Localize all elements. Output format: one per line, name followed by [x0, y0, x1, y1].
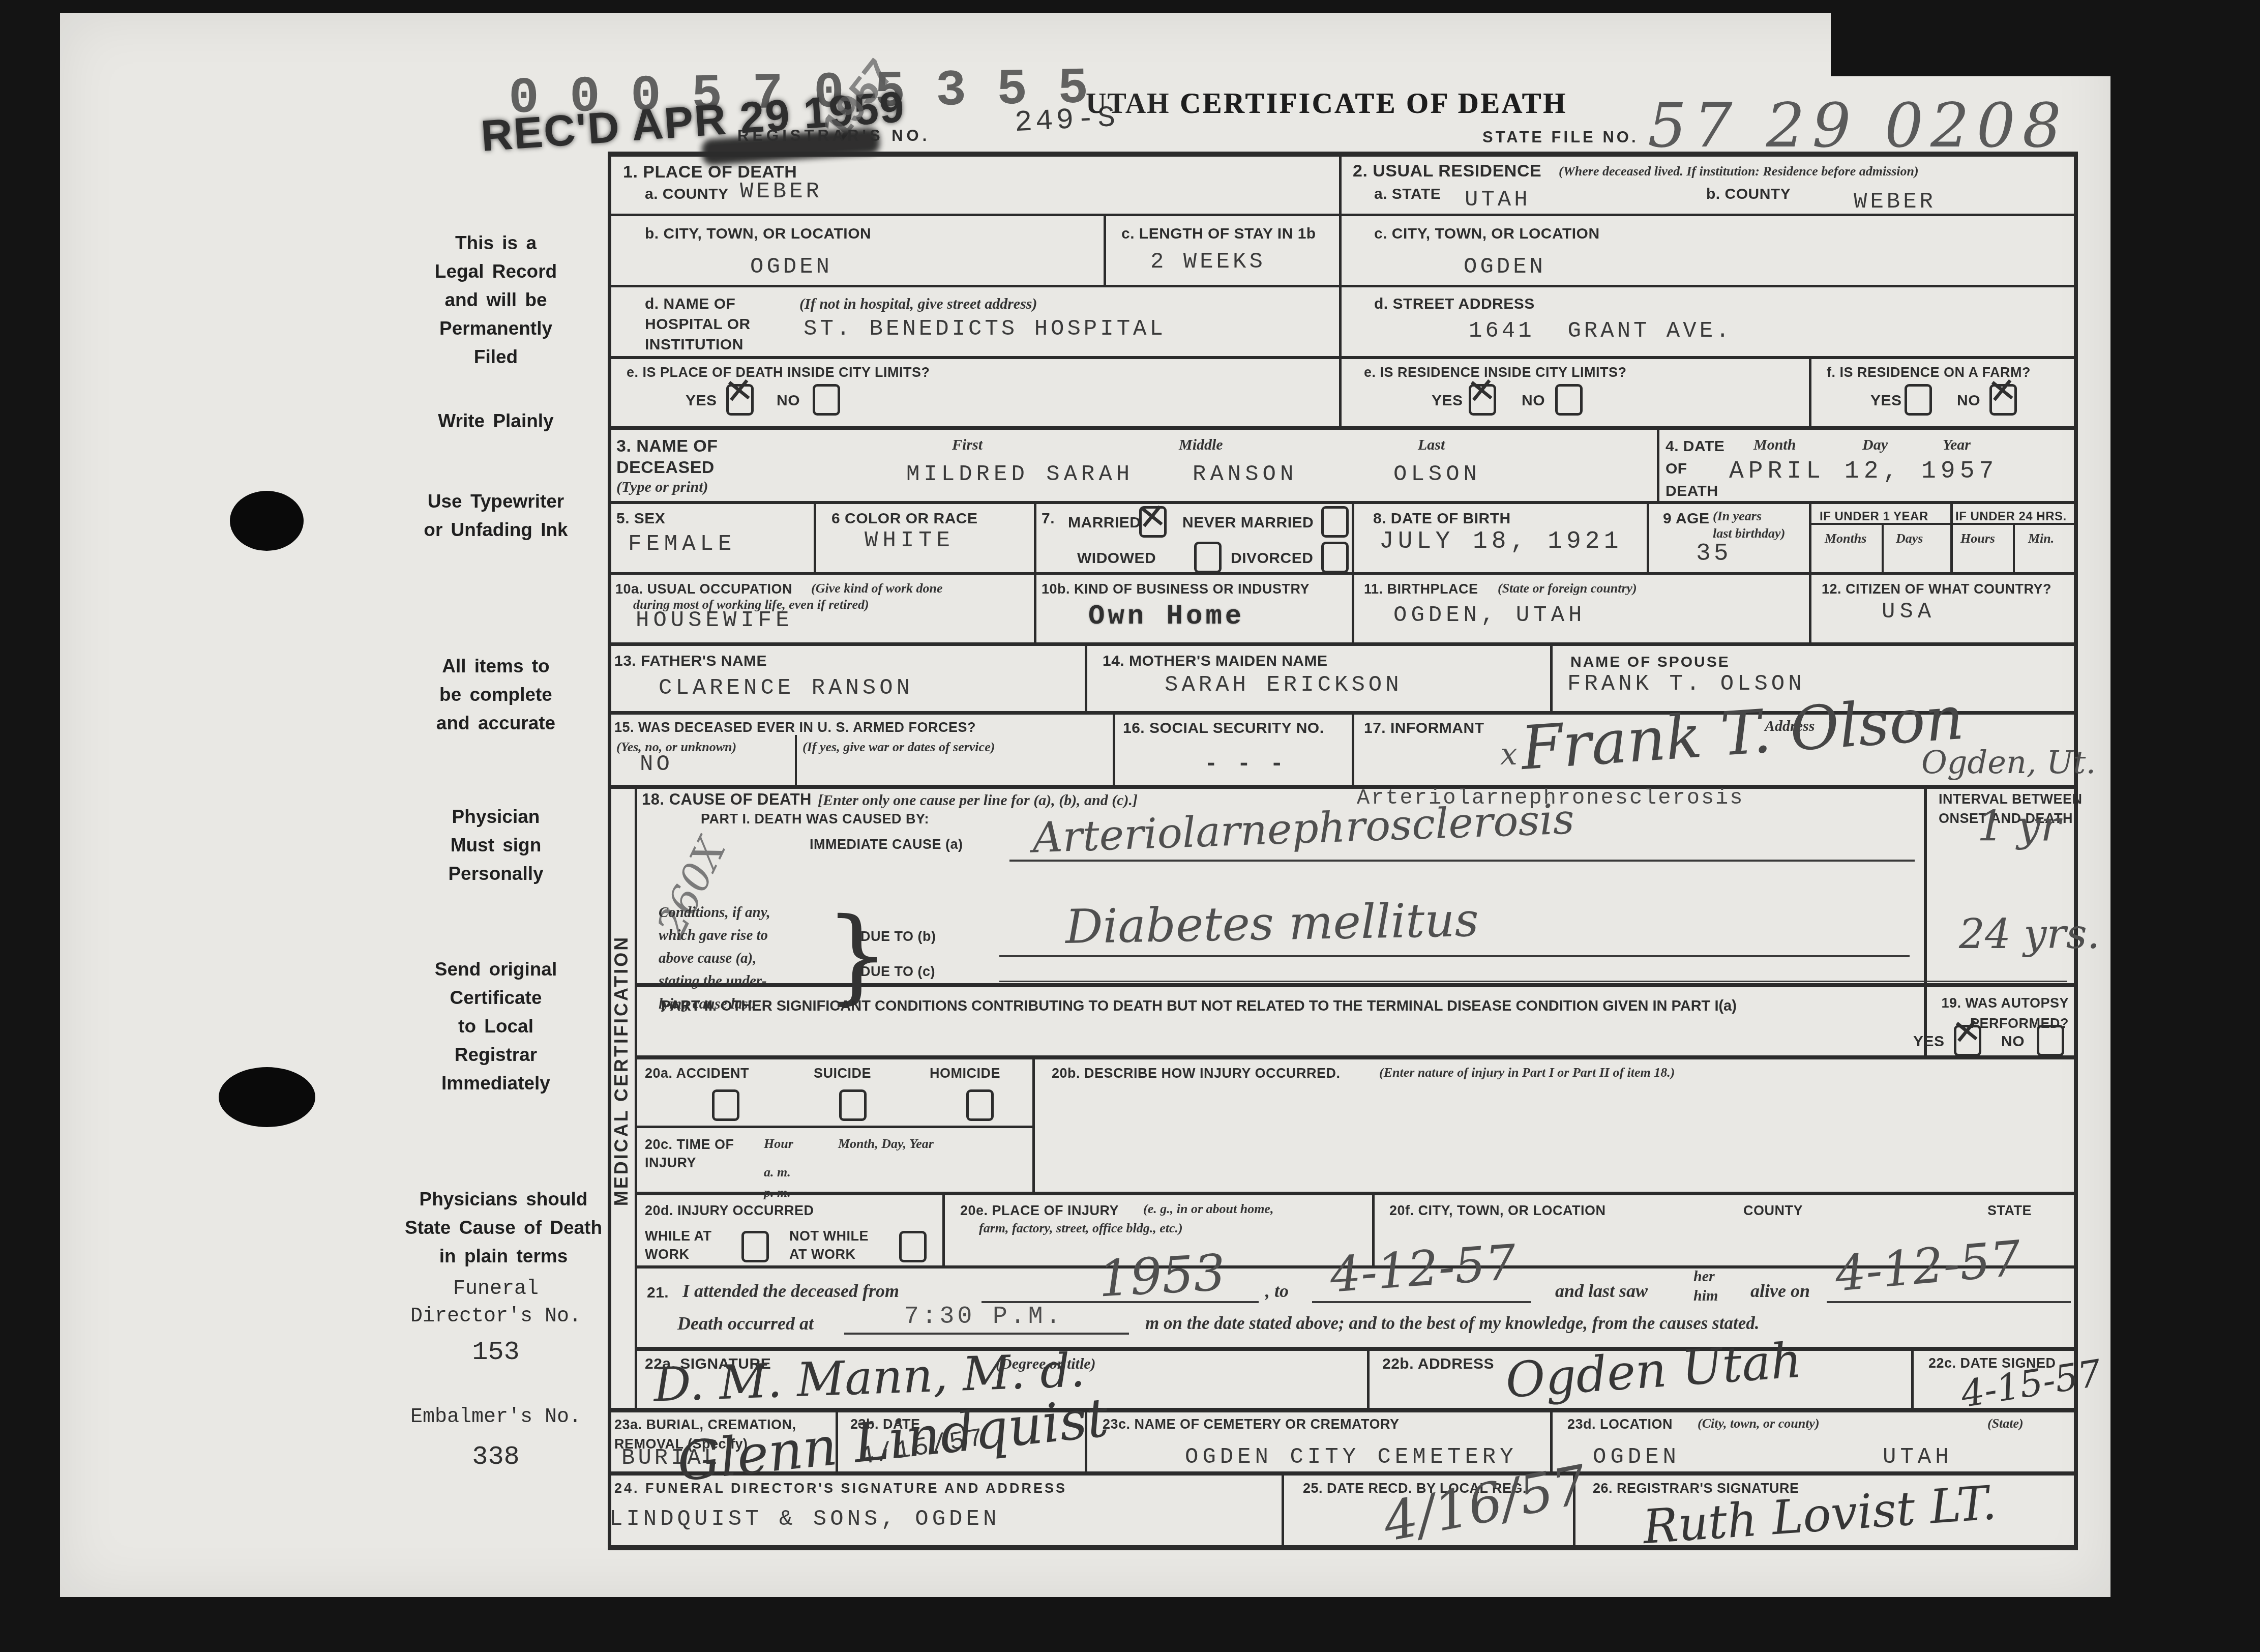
month-heading: Month	[1753, 435, 1796, 455]
checkbox-while-at-work[interactable]	[741, 1231, 769, 1262]
embalmers-no-value: 338	[376, 1443, 615, 1471]
checkbox-never-married[interactable]	[1321, 506, 1349, 538]
hour-heading: Hour	[764, 1135, 793, 1153]
never-married-label: NEVER MARRIED	[1182, 513, 1314, 533]
not-while-at-work-label: NOT WHILE AT WORK	[789, 1227, 869, 1263]
grid-line	[608, 642, 2077, 646]
field-20a-label: 20a. ACCIDENT	[645, 1064, 749, 1082]
first-name-heading: First	[952, 435, 983, 455]
attended-from-value: 1953	[1097, 1244, 1227, 1309]
field-6-label: 6 COLOR OR RACE	[831, 509, 978, 529]
county-heading: COUNTY	[1743, 1201, 1803, 1220]
field-23c-label: 23c. NAME OF CEMETERY OR CREMATORY	[1103, 1415, 1400, 1433]
spouse-label: NAME OF SPOUSE	[1570, 652, 1730, 672]
grid-line	[1809, 501, 1811, 575]
checkbox-not-while-at-work[interactable]	[899, 1231, 927, 1262]
married-label: MARRIED	[1068, 513, 1141, 533]
homicide-label: HOMICIDE	[930, 1064, 1000, 1082]
scan-corner-shadow	[1831, 0, 2260, 76]
field-1a-value: WEBER	[740, 179, 822, 204]
if-under-1-year-label: IF UNDER 1 YEAR	[1820, 507, 1928, 527]
field-10b-label: 10b. KIND OF BUSINESS OR INDUSTRY	[1042, 580, 1310, 598]
grid-line	[1550, 642, 1553, 714]
margin-note-legal-record: This is a Legal Record and will be Perma…	[376, 229, 615, 371]
grid-line	[636, 1126, 1035, 1128]
field-23c-value: OGDEN CITY CEMETERY	[1185, 1444, 1518, 1470]
field-4-value: APRIL 12, 1957	[1729, 458, 1998, 485]
field-2d-value: 1641 GRANT AVE.	[1469, 318, 1732, 344]
year-heading: Year	[1943, 435, 1971, 455]
to-text: , to	[1265, 1281, 1289, 1301]
grid-line	[2074, 152, 2078, 1550]
field-1c-value: 2 WEEKS	[1150, 249, 1266, 275]
field-12-label: 12. CITIZEN OF WHAT COUNTRY?	[1822, 580, 2051, 598]
state-heading: STATE	[1987, 1201, 2032, 1220]
divorced-label: DIVORCED	[1231, 548, 1313, 569]
field-4-label: 4. DATE OF DEATH	[1666, 435, 1724, 503]
field-13-value: CLARENCE RANSON	[659, 675, 913, 701]
field-20f-label: 20f. CITY, TOWN, OR LOCATION	[1389, 1201, 1606, 1220]
due-to-b-label: DUE TO (b)	[860, 927, 936, 946]
cause-c-line	[999, 981, 2067, 982]
grid-line	[1950, 501, 1953, 575]
field-18-bracket-note: [Enter only one cause per line for (a), …	[818, 790, 1138, 811]
grid-line	[1352, 572, 1354, 645]
field-9-note: (In years last birthday)	[1713, 508, 1785, 542]
month-day-year-heading: Month, Day, Year	[838, 1135, 934, 1153]
checkbox-2f-no[interactable]: ✕	[1989, 384, 2017, 416]
field-11-note: (State or foreign country)	[1498, 580, 1637, 597]
field-2c-label: c. CITY, TOWN, OR LOCATION	[1374, 224, 1600, 244]
field-9-label: 9 AGE	[1663, 509, 1709, 529]
grid-line	[1034, 501, 1036, 575]
field-10a-label: 10a. USUAL OCCUPATION	[615, 580, 792, 598]
field-20c-label: 20c. TIME OF INJURY	[645, 1135, 734, 1172]
embalmers-no-label: Embalmer's No.	[376, 1404, 615, 1431]
checkbox-homicide[interactable]	[966, 1089, 994, 1121]
grid-line	[1352, 711, 1354, 787]
grid-line	[1085, 642, 1087, 714]
field-15-note2: (If yes, give war or dates of service)	[802, 739, 995, 756]
grid-line	[636, 1192, 2077, 1195]
field-14-value: SARAH ERICKSON	[1165, 672, 1403, 698]
field-16-label: 16. SOCIAL SECURITY NO.	[1123, 718, 1324, 739]
grid-line	[608, 285, 2077, 287]
field-1d-note: (If not in hospital, give street address…	[799, 294, 1037, 314]
field-15-note1: (Yes, no, or unknown)	[616, 739, 736, 756]
death-time-value: 7:30 P.M.	[904, 1303, 1063, 1331]
state-file-label: STATE FILE NO.	[1482, 127, 1639, 147]
field-6-value: WHITE	[865, 528, 955, 553]
grid-line	[608, 785, 2077, 789]
field-10a-value: HOUSEWIFE	[636, 608, 793, 633]
field-23d-label: 23d. LOCATION	[1567, 1415, 1673, 1433]
medical-certification-vertical-label: MEDICAL CERTIFICATION	[611, 935, 632, 1206]
punch-hole	[219, 1067, 315, 1127]
check-mark-icon: ✕	[1465, 370, 1498, 413]
check-mark-icon: ✕	[1136, 496, 1169, 539]
field-1d-label: d. NAME OF HOSPITAL OR INSTITUTION	[645, 294, 751, 355]
grid-line	[814, 501, 816, 575]
grid-line	[636, 1055, 2077, 1059]
field-1b-label: b. CITY, TOWN, OR LOCATION	[645, 224, 871, 244]
funeral-directors-no-label: Funeral Director's No.	[376, 1276, 615, 1331]
grid-line	[2013, 523, 2015, 574]
field-2b-label: b. COUNTY	[1706, 184, 1791, 204]
alive-line	[1827, 1301, 2071, 1303]
field-3-note: (Type or print)	[616, 477, 708, 497]
no-label: NO	[2001, 1031, 2025, 1052]
field-20b-label: 20b. DESCRIBE HOW INJURY OCCURRED.	[1052, 1064, 1341, 1082]
checkbox-autopsy-yes[interactable]: ✕	[1954, 1025, 1981, 1056]
death-certificate-scan: 0005705355 REC'D APR 29 1959 1957 REGIST…	[0, 0, 2260, 1652]
day-heading: Day	[1862, 435, 1888, 455]
field-22b-label: 22b. ADDRESS	[1382, 1354, 1494, 1374]
field-10a-note1: (Give kind of work done	[811, 580, 943, 597]
field-23d-city-value: OGDEN	[1593, 1444, 1680, 1470]
checkbox-autopsy-no[interactable]	[2037, 1025, 2064, 1056]
field-24-typed-value: LINDQUIST & SONS, OGDEN	[609, 1507, 1000, 1532]
attended-text: I attended the deceased from	[682, 1281, 899, 1301]
field-5-label: 5. SEX	[616, 509, 665, 529]
checkbox-2f-yes[interactable]	[1905, 384, 1932, 416]
grid-line	[1809, 572, 1811, 645]
field-20e-note1: (e. g., in or about home,	[1143, 1200, 1273, 1218]
cause-b-line	[999, 955, 1910, 957]
cause-a-line	[1009, 860, 1915, 862]
if-under-24-hrs-label: IF UNDER 24 HRS.	[1955, 507, 2067, 527]
field-1b-value: OGDEN	[750, 254, 832, 280]
field-2c-value: OGDEN	[1464, 254, 1546, 280]
grid-line	[635, 785, 637, 1410]
checkbox-1e-yes[interactable]: ✕	[726, 384, 754, 416]
grid-line	[608, 1545, 2077, 1550]
field-11-value: OGDEN, UTAH	[1393, 603, 1586, 628]
last-name-heading: Last	[1418, 435, 1445, 455]
informant-address-value: Ogden, Ut.	[1921, 744, 2096, 781]
field-3-first-value: MILDRED SARAH	[906, 462, 1134, 487]
suicide-label: SUICIDE	[814, 1064, 871, 1082]
hours-heading: Hours	[1960, 530, 1995, 547]
checkbox-accident[interactable]	[712, 1089, 739, 1121]
grid-line	[1034, 572, 1036, 645]
grid-line	[1924, 785, 1927, 1058]
checkbox-married[interactable]: ✕	[1139, 506, 1167, 538]
field-8-label: 8. DATE OF BIRTH	[1373, 509, 1511, 529]
field-1c-label: c. LENGTH OF STAY IN 1b	[1121, 224, 1316, 244]
check-mark-icon: ✕	[723, 370, 756, 413]
part2-label: PART II. OTHER SIGNIFICANT CONDITIONS CO…	[661, 996, 1907, 1016]
field-20b-note: (Enter nature of injury in Part I or Par…	[1379, 1064, 1675, 1081]
field-15-value: NO	[640, 752, 673, 777]
grid-line	[1113, 711, 1115, 787]
checkbox-2e-yes[interactable]: ✕	[1469, 384, 1496, 416]
her-label: her	[1693, 1267, 1715, 1286]
grid-line	[1647, 501, 1649, 575]
yes-label: YES	[1870, 391, 1902, 411]
grid-line	[608, 501, 2077, 504]
field-2a-label: a. STATE	[1374, 184, 1441, 204]
checkbox-divorced[interactable]	[1321, 542, 1349, 573]
grid-line	[636, 1347, 2077, 1351]
field-10b-value: Own Home	[1088, 601, 1244, 632]
grid-line	[608, 426, 2077, 430]
field-2a-value: UTAH	[1465, 187, 1531, 213]
pm-label: p. m.	[764, 1184, 791, 1201]
last-saw-text: and last saw	[1555, 1281, 1648, 1301]
check-mark-icon: ✕	[1950, 1011, 1983, 1054]
field-23d-note: (City, town, or county)	[1698, 1415, 1820, 1432]
checkbox-widowed[interactable]	[1194, 542, 1222, 573]
registrars-no-label: REGISTRAR'S NO.	[737, 126, 930, 146]
no-label: NO	[777, 391, 800, 411]
interval-b-value: 24 yrs.	[1959, 910, 2100, 958]
am-label: a. m.	[764, 1164, 791, 1181]
field-2-label: 2. USUAL RESIDENCE	[1353, 161, 1541, 181]
informant-mark: x	[1500, 736, 1518, 772]
field-15-label: 15. WAS DECEASED EVER IN U. S. ARMED FOR…	[614, 718, 976, 736]
field-8-value: JULY 18, 1921	[1379, 528, 1622, 555]
middle-name-heading: Middle	[1179, 435, 1223, 455]
margin-note-send-original: Send original Certificate to Local Regis…	[376, 955, 615, 1098]
field-14-label: 14. MOTHER'S MAIDEN NAME	[1103, 651, 1328, 671]
field-3-middle-value: RANSON	[1193, 462, 1297, 487]
cause-b-value: Diabetes mellitus	[1065, 893, 1479, 954]
due-to-c-label: DUE TO (c)	[860, 962, 935, 981]
field-20d-label: 20d. INJURY OCCURRED	[645, 1201, 814, 1220]
page-title: CERTIFICATE OF DEATH	[1180, 87, 1567, 120]
grid-line	[608, 356, 2077, 359]
min-heading: Min.	[2028, 530, 2054, 547]
grid-line	[942, 1192, 945, 1268]
while-at-work-label: WHILE AT WORK	[645, 1227, 711, 1263]
field-17-label: 17. INFORMANT	[1364, 718, 1484, 739]
yes-label: YES	[1913, 1031, 1945, 1052]
field-2-note: (Where deceased lived. If institution: R…	[1559, 163, 2077, 180]
checkbox-2e-no[interactable]	[1555, 384, 1583, 416]
field-3-last-value: OLSON	[1393, 462, 1481, 487]
death-occurred-text: Death occurred at	[677, 1313, 814, 1334]
grid-line	[1339, 152, 1342, 430]
field-2d-label: d. STREET ADDRESS	[1374, 294, 1535, 314]
checkbox-suicide[interactable]	[839, 1089, 867, 1121]
grid-line	[795, 735, 797, 786]
grid-line	[1282, 1471, 1284, 1548]
grid-line	[608, 152, 2077, 157]
title-utah: UTAH	[1086, 87, 1170, 120]
field-2e-label: e. IS RESIDENCE INSIDE CITY LIMITS?	[1364, 363, 1627, 381]
field-12-value: USA	[1882, 599, 1936, 625]
knowledge-text: m on the date stated above; and to the b…	[1145, 1313, 1759, 1334]
grid-line	[1657, 426, 1659, 504]
field-1d-value: ST. BENEDICTS HOSPITAL	[804, 316, 1166, 342]
field-21-number: 21.	[647, 1283, 669, 1303]
him-label: him	[1693, 1287, 1718, 1305]
grid-line	[1809, 356, 1811, 430]
checkbox-1e-no[interactable]	[813, 384, 840, 416]
margin-note-write-plainly: Write Plainly	[376, 407, 615, 435]
grid-line	[1104, 214, 1106, 287]
interval-a-value: 1 yr	[1977, 803, 2061, 851]
state-file-value: 57 29 0208	[1648, 91, 2068, 161]
spouse-value: FRANK T. OLSON	[1567, 671, 1805, 697]
punch-hole	[230, 491, 304, 551]
field-20e-label: 20e. PLACE OF INJURY	[960, 1201, 1119, 1220]
field-1a-label: a. COUNTY	[645, 184, 729, 204]
grid-line	[1882, 523, 1884, 574]
grid-line	[1367, 1347, 1370, 1410]
margin-note-physician-sign: Physician Must sign Personally	[376, 803, 615, 888]
field-13-label: 13. FATHER'S NAME	[614, 651, 767, 671]
field-9-value: 35	[1696, 540, 1732, 568]
yes-label: YES	[1432, 391, 1463, 411]
grid-line	[608, 152, 611, 1550]
field-1e-label: e. IS PLACE OF DEATH INSIDE CITY LIMITS?	[627, 363, 930, 381]
field-7-number: 7.	[1042, 509, 1055, 529]
part1-label: PART I. DEATH WAS CAUSED BY:	[701, 810, 929, 828]
funeral-directors-no-value: 153	[376, 1339, 615, 1366]
margin-note-typewriter: Use Typewriter or Unfading Ink	[376, 487, 615, 544]
field-2b-value: WEBER	[1854, 189, 1936, 215]
field-23d-state-value: UTAH	[1883, 1444, 1953, 1470]
alive-on-text: alive on	[1750, 1281, 1810, 1301]
field-5-value: FEMALE	[628, 532, 736, 557]
grid-line	[1352, 501, 1354, 575]
grid-line	[608, 1408, 2077, 1412]
field-16-value: - - -	[1204, 752, 1287, 777]
field-20e-note2: farm, factory, street, office bldg., etc…	[979, 1220, 1183, 1237]
time-line	[844, 1333, 1129, 1335]
field-3-label: 3. NAME OF DECEASED	[616, 435, 718, 478]
yes-label: YES	[686, 391, 717, 411]
grid-line	[1911, 1347, 1914, 1410]
months-heading: Months	[1825, 530, 1866, 547]
field-11-label: 11. BIRTHPLACE	[1364, 580, 1478, 598]
widowed-label: WIDOWED	[1077, 548, 1156, 569]
margin-note-complete: All items to be complete and accurate	[376, 652, 615, 737]
days-heading: Days	[1896, 530, 1923, 547]
field-18-label: 18. CAUSE OF DEATH	[642, 789, 812, 810]
immediate-cause-label: IMMEDIATE CAUSE (a)	[810, 835, 963, 853]
no-label: NO	[1522, 391, 1545, 411]
no-label: NO	[1957, 391, 1980, 411]
grid-line	[1032, 1055, 1035, 1194]
check-mark-icon: ✕	[1986, 370, 2019, 413]
field-23d-state-note: (State)	[1987, 1415, 2024, 1432]
